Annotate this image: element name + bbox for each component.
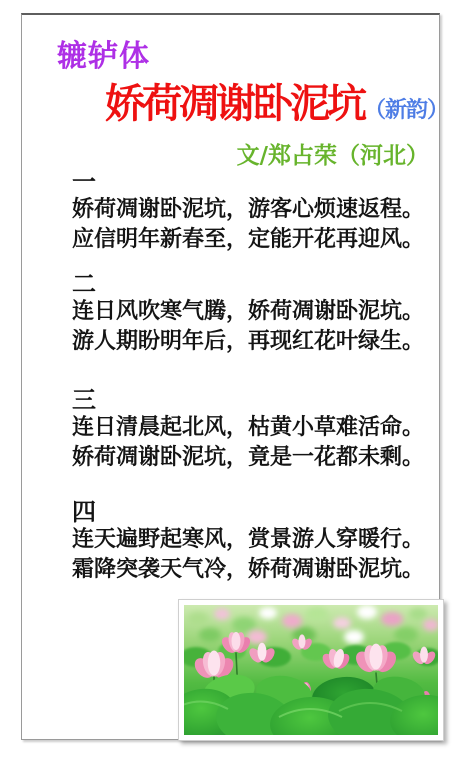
poem-line: 应信明年新春至，定能开花再迎风。	[72, 225, 439, 255]
stanza-1-label: 一	[72, 169, 439, 195]
poem-image-canvas: 辘轳体 娇荷凋谢卧泥坑（新韵） 文/郑占荣（河北） 一 娇荷凋谢卧泥坑，游客心烦…	[0, 0, 460, 763]
stanza-4: 四 连天遍野起寒风，赏景游人穿暖行。 霜降突袭天气冷，娇荷凋谢卧泥坑。	[72, 499, 439, 585]
stanza-4-label: 四	[72, 499, 439, 525]
poem-card: 辘轳体 娇荷凋谢卧泥坑（新韵） 文/郑占荣（河北） 一 娇荷凋谢卧泥坑，游客心烦…	[21, 13, 440, 740]
lotus-pond-illustration	[184, 605, 438, 735]
lotus-pond-photo	[178, 599, 444, 741]
poem-line: 连天遍野起寒风，赏景游人穿暖行。	[72, 525, 439, 555]
poem-line: 霜降突袭天气冷，娇荷凋谢卧泥坑。	[72, 555, 439, 585]
poem-line: 娇荷凋谢卧泥坑，竟是一花都未剩。	[72, 443, 439, 473]
title-row: 娇荷凋谢卧泥坑（新韵）	[105, 81, 439, 135]
poem-line: 游人期盼明年后，再现红花叶绿生。	[72, 327, 439, 357]
stanza-3-label: 三	[72, 387, 439, 413]
poem-style-label: 辘轳体	[57, 41, 439, 73]
stanza-3: 三 连日清晨起北风，枯黄小草难活命。 娇荷凋谢卧泥坑，竟是一花都未剩。	[72, 387, 439, 473]
stanza-2: 二 连日风吹寒气腾，娇荷凋谢卧泥坑。 游人期盼明年后，再现红花叶绿生。	[72, 271, 439, 357]
author-byline: 文/郑占荣（河北）	[22, 143, 439, 169]
poem-line: 连日清晨起北风，枯黄小草难活命。	[72, 413, 439, 443]
poem-body: 一 娇荷凋谢卧泥坑，游客心烦速返程。 应信明年新春至，定能开花再迎风。 二 连日…	[72, 169, 439, 585]
stanza-2-label: 二	[72, 271, 439, 297]
poem-line: 连日风吹寒气腾，娇荷凋谢卧泥坑。	[72, 297, 439, 327]
poem-title: 娇荷凋谢卧泥坑	[105, 81, 364, 127]
stanza-1: 一 娇荷凋谢卧泥坑，游客心烦速返程。 应信明年新春至，定能开花再迎风。	[72, 169, 439, 255]
rhyme-scheme-note: （新韵）	[364, 98, 448, 123]
poem-line: 娇荷凋谢卧泥坑，游客心烦速返程。	[72, 195, 439, 225]
